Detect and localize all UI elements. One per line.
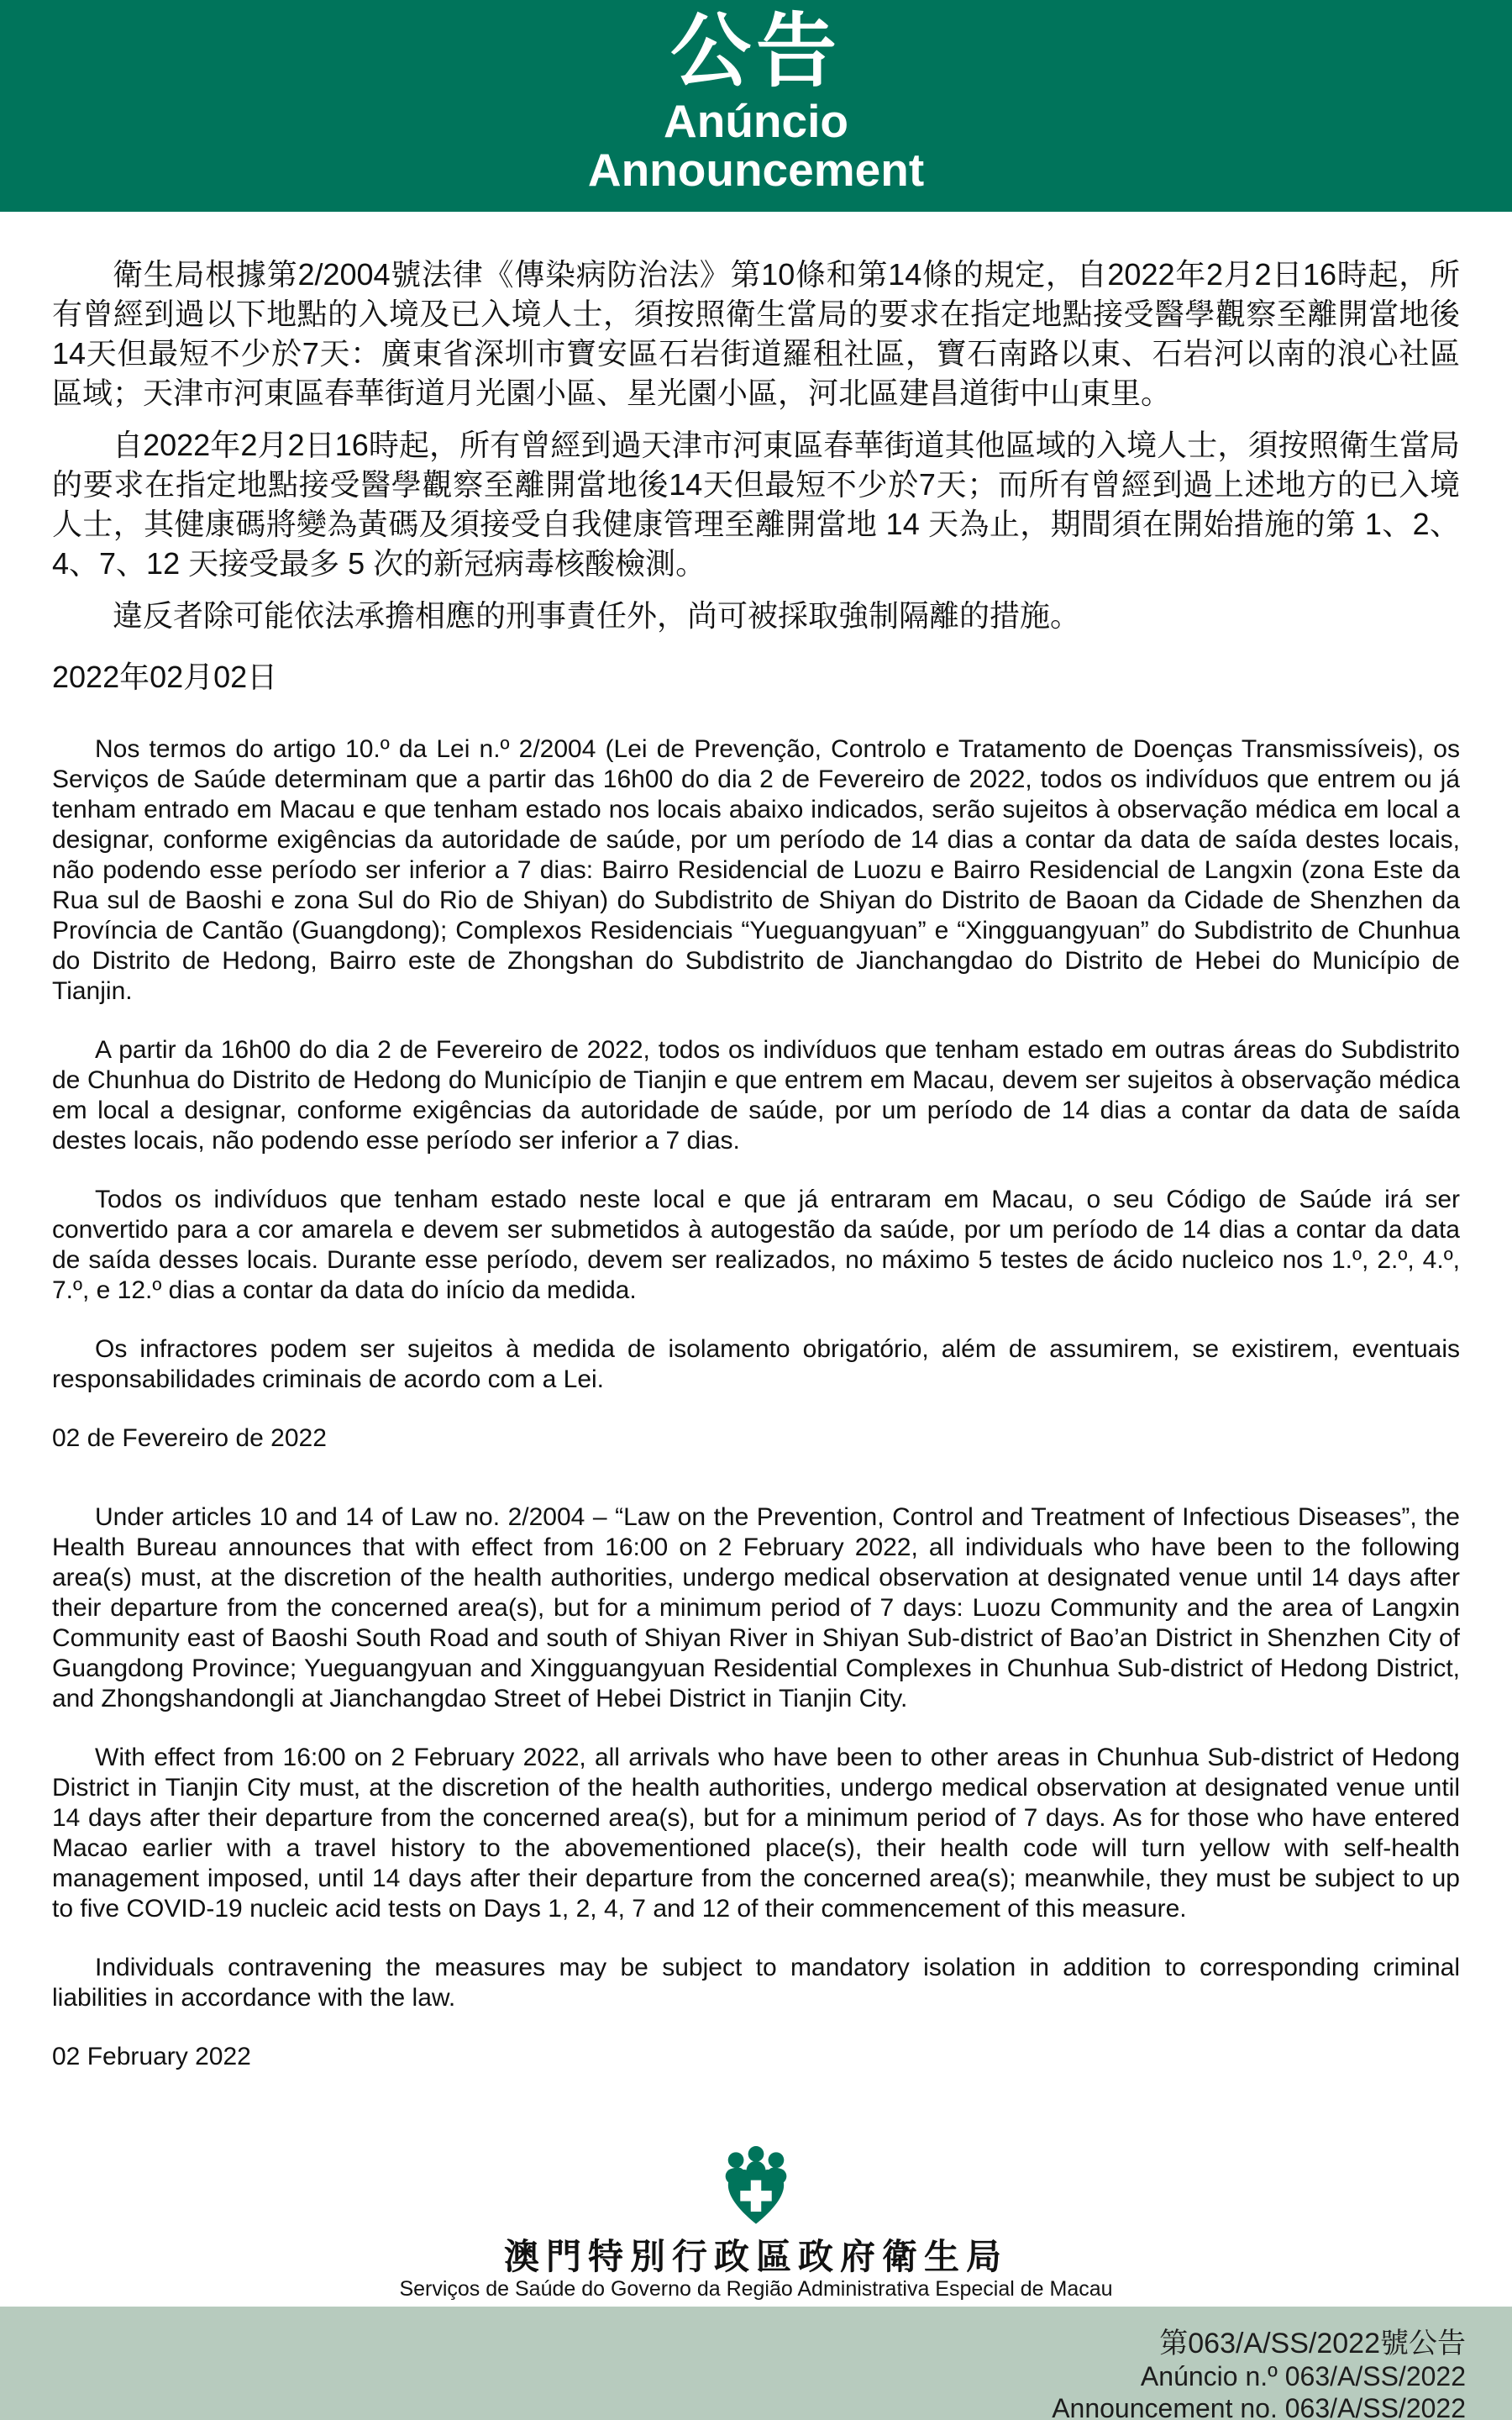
page-title-zh: 公告 — [0, 7, 1512, 97]
date-en: 02 February 2022 — [52, 2042, 1460, 2072]
paragraph-en-3: Individuals contravening the measures ma… — [52, 1953, 1460, 2013]
paragraph-en-2: With effect from 16:00 on 2 February 202… — [52, 1743, 1460, 1924]
heart-cross-people-icon — [712, 2145, 800, 2233]
paragraph-en-1: Under articles 10 and 14 of Law no. 2/20… — [52, 1502, 1460, 1714]
paragraph-pt-4: Os infractores podem ser sujeitos à medi… — [52, 1334, 1460, 1395]
paragraph-pt-3: Todos os indivíduos que tenham estado ne… — [52, 1185, 1460, 1306]
section-english: Under articles 10 and 14 of Law no. 2/20… — [52, 1502, 1460, 2072]
section-chinese: 衛生局根據第2/2004號法律《傳染病防治法》第10條和第14條的規定，自202… — [52, 255, 1460, 697]
date-pt: 02 de Fevereiro de 2022 — [52, 1423, 1460, 1454]
paragraph-zh-2: 自2022年2月2日16時起，所有曾經到過天津市河東區春華街道其他區域的入境人士… — [52, 426, 1460, 583]
header-banner: 公告 Anúncio Announcement — [0, 0, 1512, 212]
page-title-pt: Anúncio — [0, 97, 1512, 145]
announcement-number-pt: Anúncio n.º 063/A/SS/2022 — [0, 2360, 1466, 2392]
bureau-name-zh: 澳門特別行政區政府衛生局 — [0, 2237, 1512, 2277]
paragraph-pt-2: A partir da 16h00 do dia 2 de Fevereiro … — [52, 1035, 1460, 1156]
document-body: 衛生局根據第2/2004號法律《傳染病防治法》第10條和第14條的規定，自202… — [0, 255, 1512, 2072]
bureau-signature: 澳門特別行政區政府衛生局 Serviços de Saúde do Govern… — [0, 2145, 1512, 2307]
announcement-page: 公告 Anúncio Announcement 衛生局根據第2/2004號法律《… — [0, 0, 1512, 2420]
announcement-number-zh: 第063/A/SS/2022號公告 — [0, 2327, 1466, 2360]
paragraph-zh-3: 違反者除可能依法承擔相應的刑事責任外，尚可被採取強制隔離的措施。 — [52, 597, 1460, 636]
section-portuguese: Nos termos do artigo 10.º da Lei n.º 2/2… — [52, 734, 1460, 1454]
paragraph-zh-1: 衛生局根據第2/2004號法律《傳染病防治法》第10條和第14條的規定，自202… — [52, 255, 1460, 413]
paragraph-pt-1: Nos termos do artigo 10.º da Lei n.º 2/2… — [52, 734, 1460, 1007]
footer-reference-bar: 第063/A/SS/2022號公告 Anúncio n.º 063/A/SS/2… — [0, 2307, 1512, 2420]
bureau-name-pt: Serviços de Saúde do Governo da Região A… — [0, 2277, 1512, 2302]
announcement-number-en: Announcement no. 063/A/SS/2022 — [0, 2392, 1466, 2420]
page-title-en: Announcement — [0, 145, 1512, 196]
date-zh: 2022年02月02日 — [52, 658, 1460, 697]
